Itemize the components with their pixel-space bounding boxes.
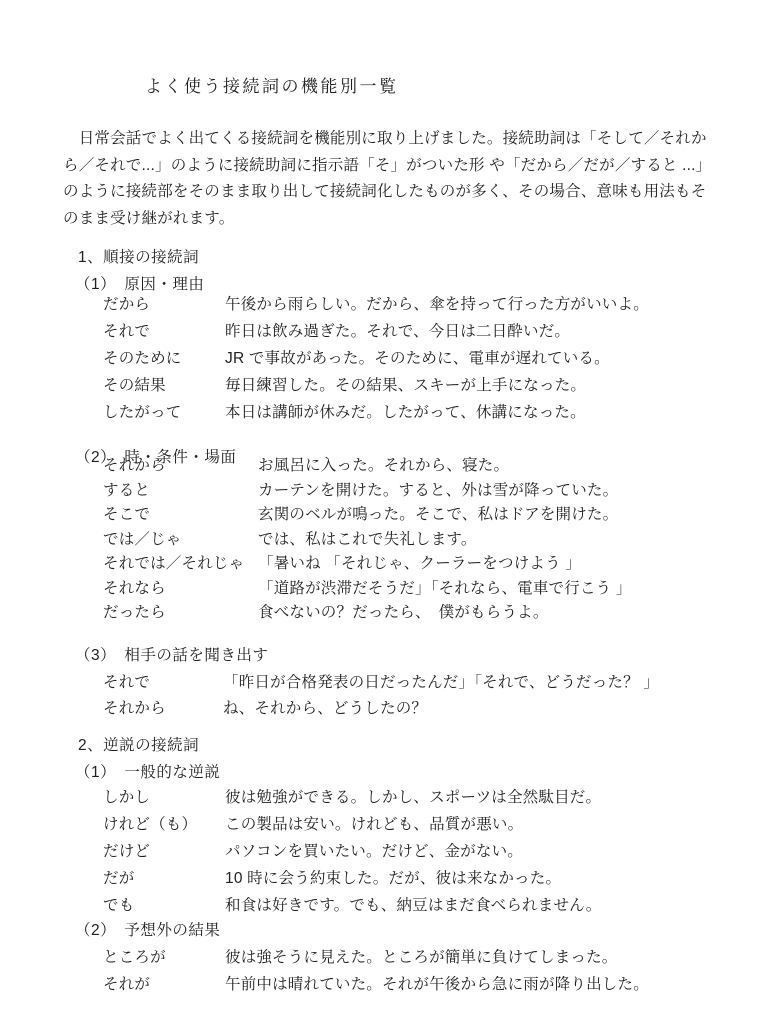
section-heading-drawing-out: （3） 相手の話を聞き出す: [75, 646, 268, 666]
term-label: けれど（も）: [103, 811, 225, 838]
example-text: パソコンを買いたい。だけど、金がない。: [225, 838, 523, 865]
term-label: したがって: [103, 399, 225, 426]
table-row: その結果 毎日練習した。その結果、スキーが上手になった。: [103, 372, 649, 399]
term-label: それで: [103, 670, 223, 696]
table-row: だったら 食べないの？だったら、 僕がもらうよ。: [103, 601, 632, 626]
term-label: その結果: [103, 372, 225, 399]
section-heading-unexpected-result: （2） 予想外の結果: [75, 921, 220, 941]
table-row: だから 午後から雨らしい。だから、傘を持って行った方がいいよ。: [103, 291, 649, 318]
table-row: でも 和食は好きです。でも、納豆はまだ食べられません。: [103, 892, 602, 919]
conjunction-table: ところが 彼は強そうに見えた。ところが簡単に負けてしまった。 それが 午前中は晴…: [103, 944, 649, 998]
table-row: それで 「昨日が合格発表の日だったんだ」「それで、どうだった？ 」: [103, 670, 659, 696]
example-text: 10 時に会う約束した。だが、彼は来なかった。: [225, 865, 561, 892]
group-heading-gyakusetsu: 2、逆説の接続詞: [78, 736, 199, 756]
example-text: 「道路が渋滞だそうだ」「それなら、電車で行こう 」: [258, 577, 632, 602]
table-row: だけど パソコンを買いたい。だけど、金がない。: [103, 838, 602, 865]
example-text: 和食は好きです。でも、納豆はまだ食べられません。: [225, 892, 602, 919]
table-row: それが 午前中は晴れていた。それが午後から急に雨が降り出した。: [103, 971, 649, 998]
example-text: お風呂に入った。それから、寝た。: [258, 454, 509, 479]
intro-line: のまま受け継がれます。: [63, 206, 723, 233]
conjunction-table: それから お風呂に入った。それから、寝た。 すると カーテンを開けた。すると、外…: [103, 454, 632, 626]
term-label: だが: [103, 865, 225, 892]
table-row: だが 10 時に会う約束した。だが、彼は来なかった。: [103, 865, 602, 892]
term-label: それから: [103, 696, 223, 722]
term-label: それが: [103, 971, 225, 998]
table-row: したがって 本日は講師が休みだ。したがって、休講になった。: [103, 399, 649, 426]
table-row: しかし 彼は勉強ができる。しかし、スポーツは全然駄目だ。: [103, 784, 602, 811]
table-row: では／じゃ では、私はこれで失礼します。: [103, 528, 632, 553]
example-text: 毎日練習した。その結果、スキーが上手になった。: [225, 372, 586, 399]
conjunction-table: それで 「昨日が合格発表の日だったんだ」「それで、どうだった？ 」 それから ね…: [103, 670, 659, 721]
term-label: でも: [103, 892, 225, 919]
document-page: よく使う接続詞の機能別一覧 日常会話でよく出てくる接続詞を機能別に取り上げました…: [0, 0, 768, 1024]
table-row: ところが 彼は強そうに見えた。ところが簡単に負けてしまった。: [103, 944, 649, 971]
example-text: 玄関のベルが鳴った。そこで、私はドアを開けた。: [258, 503, 618, 528]
group-heading-junsetsu: 1、順接の接続詞: [78, 248, 199, 268]
example-text: 午後から雨らしい。だから、傘を持って行った方がいいよ。: [225, 291, 649, 318]
table-row: そのために JR で事故があった。そのために、電車が遅れている。: [103, 345, 649, 372]
term-label: では／じゃ: [103, 528, 258, 553]
table-row: けれど（も） この製品は安い。けれども、品質が悪い。: [103, 811, 602, 838]
example-text: 午前中は晴れていた。それが午後から急に雨が降り出した。: [225, 971, 649, 998]
term-label: すると: [103, 479, 258, 504]
term-label: だけど: [103, 838, 225, 865]
table-row: それから お風呂に入った。それから、寝た。: [103, 454, 632, 479]
conjunction-table: だから 午後から雨らしい。だから、傘を持って行った方がいいよ。 それで 昨日は飲…: [103, 291, 649, 426]
example-text: JR で事故があった。そのために、電車が遅れている。: [225, 345, 610, 372]
term-label: それなら: [103, 577, 258, 602]
example-text: 「昨日が合格発表の日だったんだ」「それで、どうだった？ 」: [223, 670, 659, 696]
example-text: 食べないの？だったら、 僕がもらうよ。: [258, 601, 549, 626]
term-label: それでは／それじゃ: [103, 552, 258, 577]
example-text: では、私はこれで失礼します。: [258, 528, 477, 553]
example-text: この製品は安い。けれども、品質が悪い。: [225, 811, 523, 838]
example-text: カーテンを開けた。すると、外は雪が降っていた。: [258, 479, 618, 504]
intro-line: 日常会話でよく出てくる接続詞を機能別に取り上げました。接続助詞は「そして／それか: [63, 126, 723, 153]
page-title: よく使う接続詞の機能別一覧: [145, 76, 399, 98]
intro-paragraph: 日常会話でよく出てくる接続詞を機能別に取り上げました。接続助詞は「そして／それか…: [63, 126, 723, 232]
table-row: それから ね、それから、どうしたの？: [103, 696, 659, 722]
intro-line: のように接続部をそのまま取り出して接続詞化したものが多く、その場合、意味も用法も…: [63, 179, 723, 206]
section-heading-general-adversative: （1） 一般的な逆説: [75, 763, 220, 783]
term-label: そこで: [103, 503, 258, 528]
term-label: そのために: [103, 345, 225, 372]
table-row: すると カーテンを開けた。すると、外は雪が降っていた。: [103, 479, 632, 504]
example-text: ね、それから、どうしたの？: [223, 696, 427, 722]
intro-line: ら／それで...」のように接続助詞に指示語「そ」がついた形 や「だから／だが／す…: [63, 153, 723, 180]
table-row: それでは／それじゃ 「暑いね 「それじゃ、クーラーをつけよう 」: [103, 552, 632, 577]
term-label: それで: [103, 318, 225, 345]
term-label: だから: [103, 291, 225, 318]
table-row: そこで 玄関のベルが鳴った。そこで、私はドアを開けた。: [103, 503, 632, 528]
table-row: それで 昨日は飲み過ぎた。それで、今日は二日酔いだ。: [103, 318, 649, 345]
example-text: 彼は強そうに見えた。ところが簡単に負けてしまった。: [225, 944, 618, 971]
conjunction-table: しかし 彼は勉強ができる。しかし、スポーツは全然駄目だ。 けれど（も） この製品…: [103, 784, 602, 919]
example-text: 「暑いね 「それじゃ、クーラーをつけよう 」: [258, 552, 581, 577]
table-row: それなら 「道路が渋滞だそうだ」「それなら、電車で行こう 」: [103, 577, 632, 602]
term-label: しかし: [103, 784, 225, 811]
example-text: 本日は講師が休みだ。したがって、休講になった。: [225, 399, 586, 426]
term-label: だったら: [103, 601, 258, 626]
example-text: 昨日は飲み過ぎた。それで、今日は二日酔いだ。: [225, 318, 570, 345]
example-text: 彼は勉強ができる。しかし、スポーツは全然駄目だ。: [225, 784, 601, 811]
term-label: ところが: [103, 944, 225, 971]
term-label: それから: [103, 454, 258, 479]
